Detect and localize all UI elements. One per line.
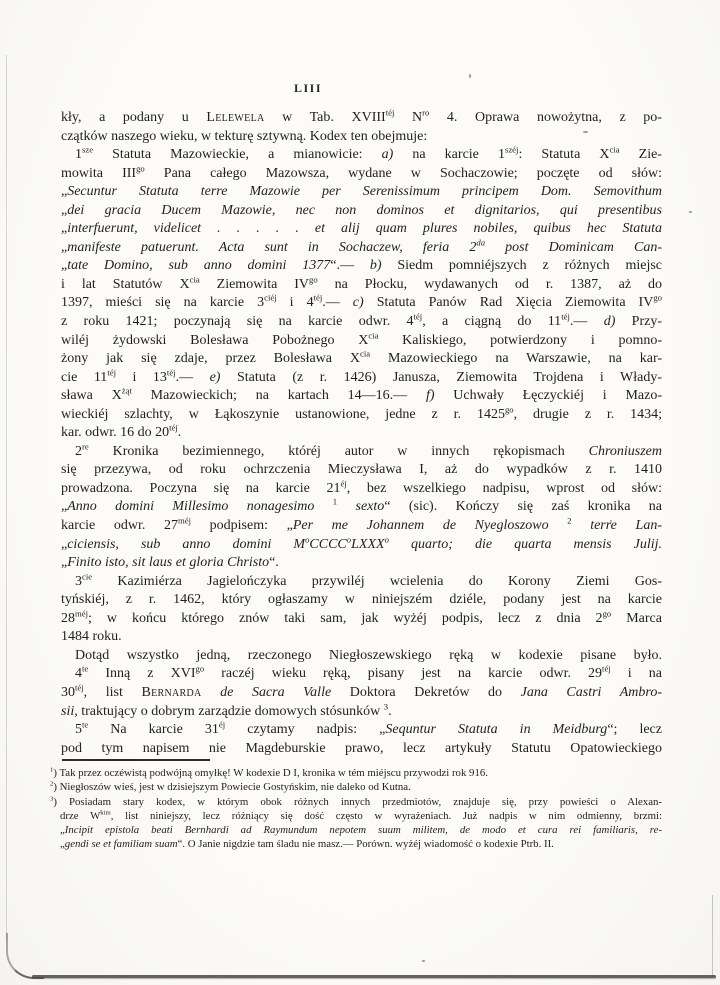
text-segment: Anno domini Millesimo nonagesimo [67, 499, 333, 514]
text-line: „gendi se et familiam suam“. O Janie nig… [50, 837, 662, 851]
text-segment: go [309, 274, 318, 284]
text-segment: pod tym napisem nie Magdeburskie prawo, … [61, 741, 662, 756]
text-segment: méj [75, 608, 88, 618]
text-segment: “. [269, 555, 279, 570]
text-line: sii, traktujący o dobrym zarządzie domow… [61, 703, 662, 722]
text-segment [202, 685, 221, 700]
text-segment: karcie odwr. 27 [61, 518, 178, 533]
text-segment: 30 [61, 685, 75, 700]
text-segment: sexto [337, 499, 384, 514]
scan-speck [583, 131, 588, 133]
text-segment: Ziemowita IV [200, 277, 309, 292]
text-segment: téj [561, 311, 570, 321]
footnotes-block: 1) Tak przez oczéwistą podwójną omyłkę! … [50, 766, 662, 852]
text-segment: Sequntur Statuta in Meidburg [385, 722, 607, 737]
text-segment: Przy- [615, 314, 662, 329]
text-segment: żąt [122, 386, 132, 396]
text-segment: Lelewela [206, 110, 264, 125]
text-line: Dotąd wszystko jedną, rzeczonego Niegłos… [61, 647, 662, 666]
text-segment: go [196, 664, 205, 674]
text-segment: .— [322, 295, 353, 310]
text-line: się przezywa, od roku ochrzczenia Mieczy… [61, 461, 662, 480]
scanned-book-page: LIII kły, a podany u Lelewela w Tab. XVI… [0, 0, 720, 985]
text-segment: ) Niegłoszów wieś, jest w dzisiejszym Po… [53, 781, 410, 793]
text-segment: gendi se et familiam suam [65, 838, 178, 850]
text-segment: 3 [75, 574, 82, 589]
text-line: kły, a podany u Lelewela w Tab. XVIIItéj… [61, 109, 662, 128]
text-segment: i 13 [116, 370, 167, 385]
text-segment: Kaliskiego, potwierdzony i pomno- [378, 333, 662, 348]
text-line: prowadzona. Poczyna się na karcie 21éj, … [61, 480, 662, 499]
text-line: „manifeste patuerunt. Acta sunt in Socha… [61, 239, 662, 258]
text-line: 5te Na karcie 31éj czytamy nadpis: „Sequ… [61, 721, 662, 740]
text-segment: cia [190, 274, 200, 284]
text-segment: ) Posiadam stary kodex, w którym obok ró… [53, 796, 662, 808]
text-segment: 1484 roku. [61, 629, 122, 644]
text-line: 1) Tak przez oczéwistą podwójną omyłkę! … [50, 766, 662, 780]
text-segment: Jana Castri Ambro- [521, 685, 662, 700]
text-segment: post Dominicam Can- [485, 240, 662, 255]
text-segment: w Tab. XVIII [265, 110, 386, 125]
text-line: kar. odwr. 16 do 20téj. [61, 424, 662, 443]
text-line: „Incipit epistola beati Bernhardi ad Ray… [50, 823, 662, 837]
text-segment: méj [178, 515, 191, 525]
text-line: tyńskiéj, z r. 1462, który ogłaszamy w n… [61, 591, 662, 610]
text-segment: N [394, 110, 422, 125]
text-segment: .— [176, 370, 210, 385]
text-segment: , bez wszelkiego nadpisu, wprost od słów… [347, 481, 662, 496]
text-line: 1sze Statuta Mazowieckie, a mianowicie: … [61, 146, 662, 165]
text-line: sława Xżąt Mazowieckich; na kartach 14—1… [61, 387, 662, 406]
text-segment: Incipit epistola beati Bernhardi ad Raym… [65, 824, 662, 836]
text-segment: kar. odwr. 16 do 20 [61, 425, 169, 440]
text-segment: czytamy nadpis: „ [225, 722, 385, 737]
text-segment: 4. Oprawa nowożytna, z po- [429, 110, 662, 125]
text-segment: ; w końcu którego znów taki sam, jak wyż… [88, 611, 603, 626]
text-line: „interfuerunt, videlicet . . . . . et al… [61, 220, 662, 239]
text-segment: 4 [75, 666, 82, 681]
text-segment: Pana całego Mazowsza, wydane w Sochaczow… [145, 166, 662, 181]
text-segment: ciciensis, sub anno domini M [67, 537, 305, 552]
text-line: 3) Posiadam stary kodex, w którym obok r… [50, 795, 662, 809]
text-segment: kim [100, 809, 110, 816]
text-segment: i 4 [277, 295, 314, 310]
text-segment: Secuntur Statuta terre Mazowie per Seren… [67, 184, 662, 199]
text-line: „Anno domini Millesimo nonagesimo 1 sext… [61, 498, 662, 517]
text-segment: 1 [75, 147, 82, 162]
text-segment: drze W [60, 810, 100, 822]
text-segment: e) [210, 370, 221, 385]
text-line: z roku 1421; poczynają się na karcie odw… [61, 313, 662, 332]
scan-edge-left [6, 55, 7, 940]
text-segment: tyńskiéj, z r. 1462, który ogłaszamy w n… [61, 592, 662, 607]
text-line: karcie odwr. 27méj podpisem: „Per me Joh… [61, 517, 662, 536]
text-segment: : Statuta X [518, 147, 609, 162]
text-segment: Mazowieckich; na kartach 14—16.— [132, 388, 426, 403]
text-segment: da [476, 237, 485, 247]
text-segment: LXXX [351, 537, 384, 552]
text-segment: sława X [61, 388, 122, 403]
text-segment: Marca [611, 611, 662, 626]
text-segment: Statuta (z r. 1426) Janusza, Ziemowita T… [220, 370, 662, 385]
body-text-block: kły, a podany u Lelewela w Tab. XVIIItéj… [61, 109, 662, 758]
text-segment: f) [426, 388, 435, 403]
text-segment: Siedm pomniéjszych z różnych miejsc [382, 258, 663, 273]
text-segment: raczéj wieku ręką, pisany jest na karcie… [204, 666, 602, 681]
text-segment: sze [82, 144, 93, 154]
text-segment: cia [360, 348, 370, 358]
text-segment: mowita III [61, 166, 136, 181]
text-segment: terre Lan- [572, 518, 662, 533]
text-line: „Finito isto, sit laus et gloria Christo… [61, 554, 662, 573]
text-line: „Secuntur Statuta terre Mazowie per Sere… [61, 183, 662, 202]
text-segment: wieckiéj szlachty, w Łąkoszynie ustanowi… [61, 407, 505, 422]
text-segment: széj [505, 144, 518, 154]
text-segment: Statuta Panów Rad Xięcia Ziemowita IV [364, 295, 654, 310]
text-segment: manifeste patuerunt. Acta sunt in Sochac… [67, 240, 476, 255]
text-line: „tate Domino, sub anno domini 1377“.— b)… [61, 257, 662, 276]
text-line: drze Wkim, list niniejszy, lecz różniący… [50, 809, 662, 823]
scan-speck [689, 211, 692, 213]
text-segment: , list niniejszy, lecz różniący się dość… [111, 810, 662, 822]
text-line: cie 11téj i 13téj.— e) Statuta (z r. 142… [61, 369, 662, 388]
text-line: czątków naszego wieku, w tekturę sztywną… [61, 128, 662, 147]
text-segment: CCCC [309, 537, 346, 552]
text-segment: kły, a podany u [61, 110, 206, 125]
scan-speck [469, 74, 471, 78]
text-segment: de Sacra Valle [220, 685, 331, 700]
text-line: 2) Niegłoszów wieś, jest w dzisiejszym P… [50, 780, 662, 794]
text-segment: i lat Statutów X [61, 277, 190, 292]
text-line: „dei gracia Ducem Mazowie, nec non domin… [61, 202, 662, 221]
text-segment: d) [604, 314, 616, 329]
text-line: „ciciensis, sub anno domini MoCCCCoLXXXo… [61, 536, 662, 555]
text-segment: podpisem: „ [191, 518, 293, 533]
text-line: 28méj; w końcu którego znów taki sam, ja… [61, 610, 662, 629]
text-line: 30téj, list Bernarda de Sacra Valle Dokt… [61, 684, 662, 703]
text-line: 2re Kronika bezimiennego, któréj autor w… [61, 443, 662, 462]
text-segment: Doktora Dekretów do [331, 685, 520, 700]
text-segment: na karcie 1 [393, 147, 505, 162]
text-segment: . [388, 704, 392, 719]
text-segment: téj [167, 367, 176, 377]
text-segment: .— [570, 314, 604, 329]
text-segment: Chroniuszem [589, 444, 662, 459]
text-segment: Finito isto, sit laus et gloria Christo [67, 555, 269, 570]
text-segment: cia [609, 144, 619, 154]
text-segment: go [505, 404, 514, 414]
text-segment: “. O Janie nigdzie tam śladu nie masz.— … [178, 838, 554, 850]
text-segment: c) [353, 295, 364, 310]
text-segment: a) [382, 147, 394, 162]
text-segment: 5 [75, 722, 82, 737]
text-segment: re [82, 441, 89, 451]
text-segment: cie 11 [61, 370, 107, 385]
text-line: 1397, mieści się na karcie 3ciéj i 4téj.… [61, 294, 662, 313]
text-segment: , a ciągną do 11 [422, 314, 561, 329]
text-line: mowita IIIgo Pana całego Mazowsza, wydan… [61, 165, 662, 184]
text-segment: Per me Johannem de Nyegloszowo [293, 518, 567, 533]
text-segment: Dotąd wszystko jedną, rzeczonego Niegłos… [75, 648, 662, 663]
text-segment: . [178, 425, 182, 440]
scan-speck [610, 520, 612, 522]
text-segment: Zie- [620, 147, 662, 162]
text-segment: ) Tak przez oczéwistą podwójną omyłkę! W… [53, 767, 488, 779]
text-segment: , list [84, 685, 142, 700]
text-segment: Kronika bezimiennego, któréj autor w inn… [89, 444, 589, 459]
text-segment: interfuerunt, videlicet . . . . . et ali… [67, 221, 662, 236]
text-line: wiléj żydowski Bolesława Pobożnego Xcia … [61, 332, 662, 351]
text-segment: prowadzona. Poczyna się na karcie 21 [61, 481, 340, 496]
text-segment: téj [107, 367, 116, 377]
text-segment: go [136, 163, 145, 173]
text-segment: z roku 1421; poczynają się na karcie odw… [61, 314, 414, 329]
text-line: 3cie Kazimiérza Jagielończyka przywiléj … [61, 573, 662, 592]
text-segment: téj [414, 311, 423, 321]
text-segment: téj [602, 664, 611, 674]
text-segment: “ (sic). Kończy się zaś kronika na [384, 499, 662, 514]
text-line: wieckiéj szlachty, w Łąkoszynie ustanowi… [61, 406, 662, 425]
text-segment: na Płocku, wydawanych od r. 1387, aż do [318, 277, 662, 292]
text-line: pod tym napisem nie Magdeburskie prawo, … [61, 740, 662, 759]
text-segment: Inną z XVI [88, 666, 195, 681]
text-segment: Uchwały Łęczyckiéj i Mazo- [435, 388, 662, 403]
text-segment: Mazowieckiego na Warszawie, na kar- [370, 351, 662, 366]
text-segment: “.— [330, 258, 370, 273]
text-segment: téj [75, 682, 84, 692]
text-segment: ciéj [264, 293, 277, 303]
text-segment: 28 [61, 611, 75, 626]
scan-speck [422, 960, 425, 962]
text-segment: tate Domino, sub anno domini 1377 [67, 258, 330, 273]
text-segment: “; lecz [607, 722, 662, 737]
text-segment: quarto; die quarta mensis Julij. [389, 537, 662, 552]
text-segment: Kazimiérza Jagielończyka przywiléj wciel… [92, 574, 662, 589]
text-segment: b) [370, 258, 382, 273]
text-segment: cia [368, 330, 378, 340]
text-segment: dei gracia Ducem Mazowie, nec non domino… [67, 203, 662, 218]
text-segment: cie [82, 571, 92, 581]
text-segment: téj [314, 293, 323, 303]
text-line: 4te Inną z XVIgo raczéj wieku ręką, pisa… [61, 665, 662, 684]
footnote-divider [62, 759, 210, 761]
scan-edge-bottom [32, 975, 716, 978]
text-segment: Na karcie 31 [88, 722, 219, 737]
text-segment: się przezywa, od roku ochrzczenia Mieczy… [61, 462, 662, 477]
text-segment: i na [611, 666, 662, 681]
text-segment: go [653, 293, 662, 303]
text-segment: Statuta Mazowieckie, a mianowicie: [93, 147, 382, 162]
text-line: 1484 roku. [61, 628, 662, 647]
text-segment: czątków naszego wieku, w tekturę sztywną… [61, 129, 427, 144]
page-number: LIII [0, 81, 616, 96]
text-segment: wiléj żydowski Bolesława Pobożnego X [61, 333, 368, 348]
text-segment: sii, [61, 704, 78, 719]
text-segment: go [603, 608, 612, 618]
scan-edge-right [712, 895, 713, 977]
scan-corner-bottom-left [6, 933, 44, 979]
text-segment: żony jak się zdaje, przez Bolesława X [61, 351, 360, 366]
text-segment: téj [169, 423, 178, 433]
text-line: i lat Statutów Xcia Ziemowita IVgo na Pł… [61, 276, 662, 295]
text-segment: 2 [75, 444, 82, 459]
text-line: żony jak się zdaje, przez Bolesława Xcia… [61, 350, 662, 369]
text-segment: Bernarda [141, 685, 201, 700]
text-segment: , drugie z r. 1434; [514, 407, 662, 422]
text-segment: traktujący o dobrym zarządzie domowych s… [78, 704, 384, 719]
text-segment: 1397, mieści się na karcie 3 [61, 295, 264, 310]
